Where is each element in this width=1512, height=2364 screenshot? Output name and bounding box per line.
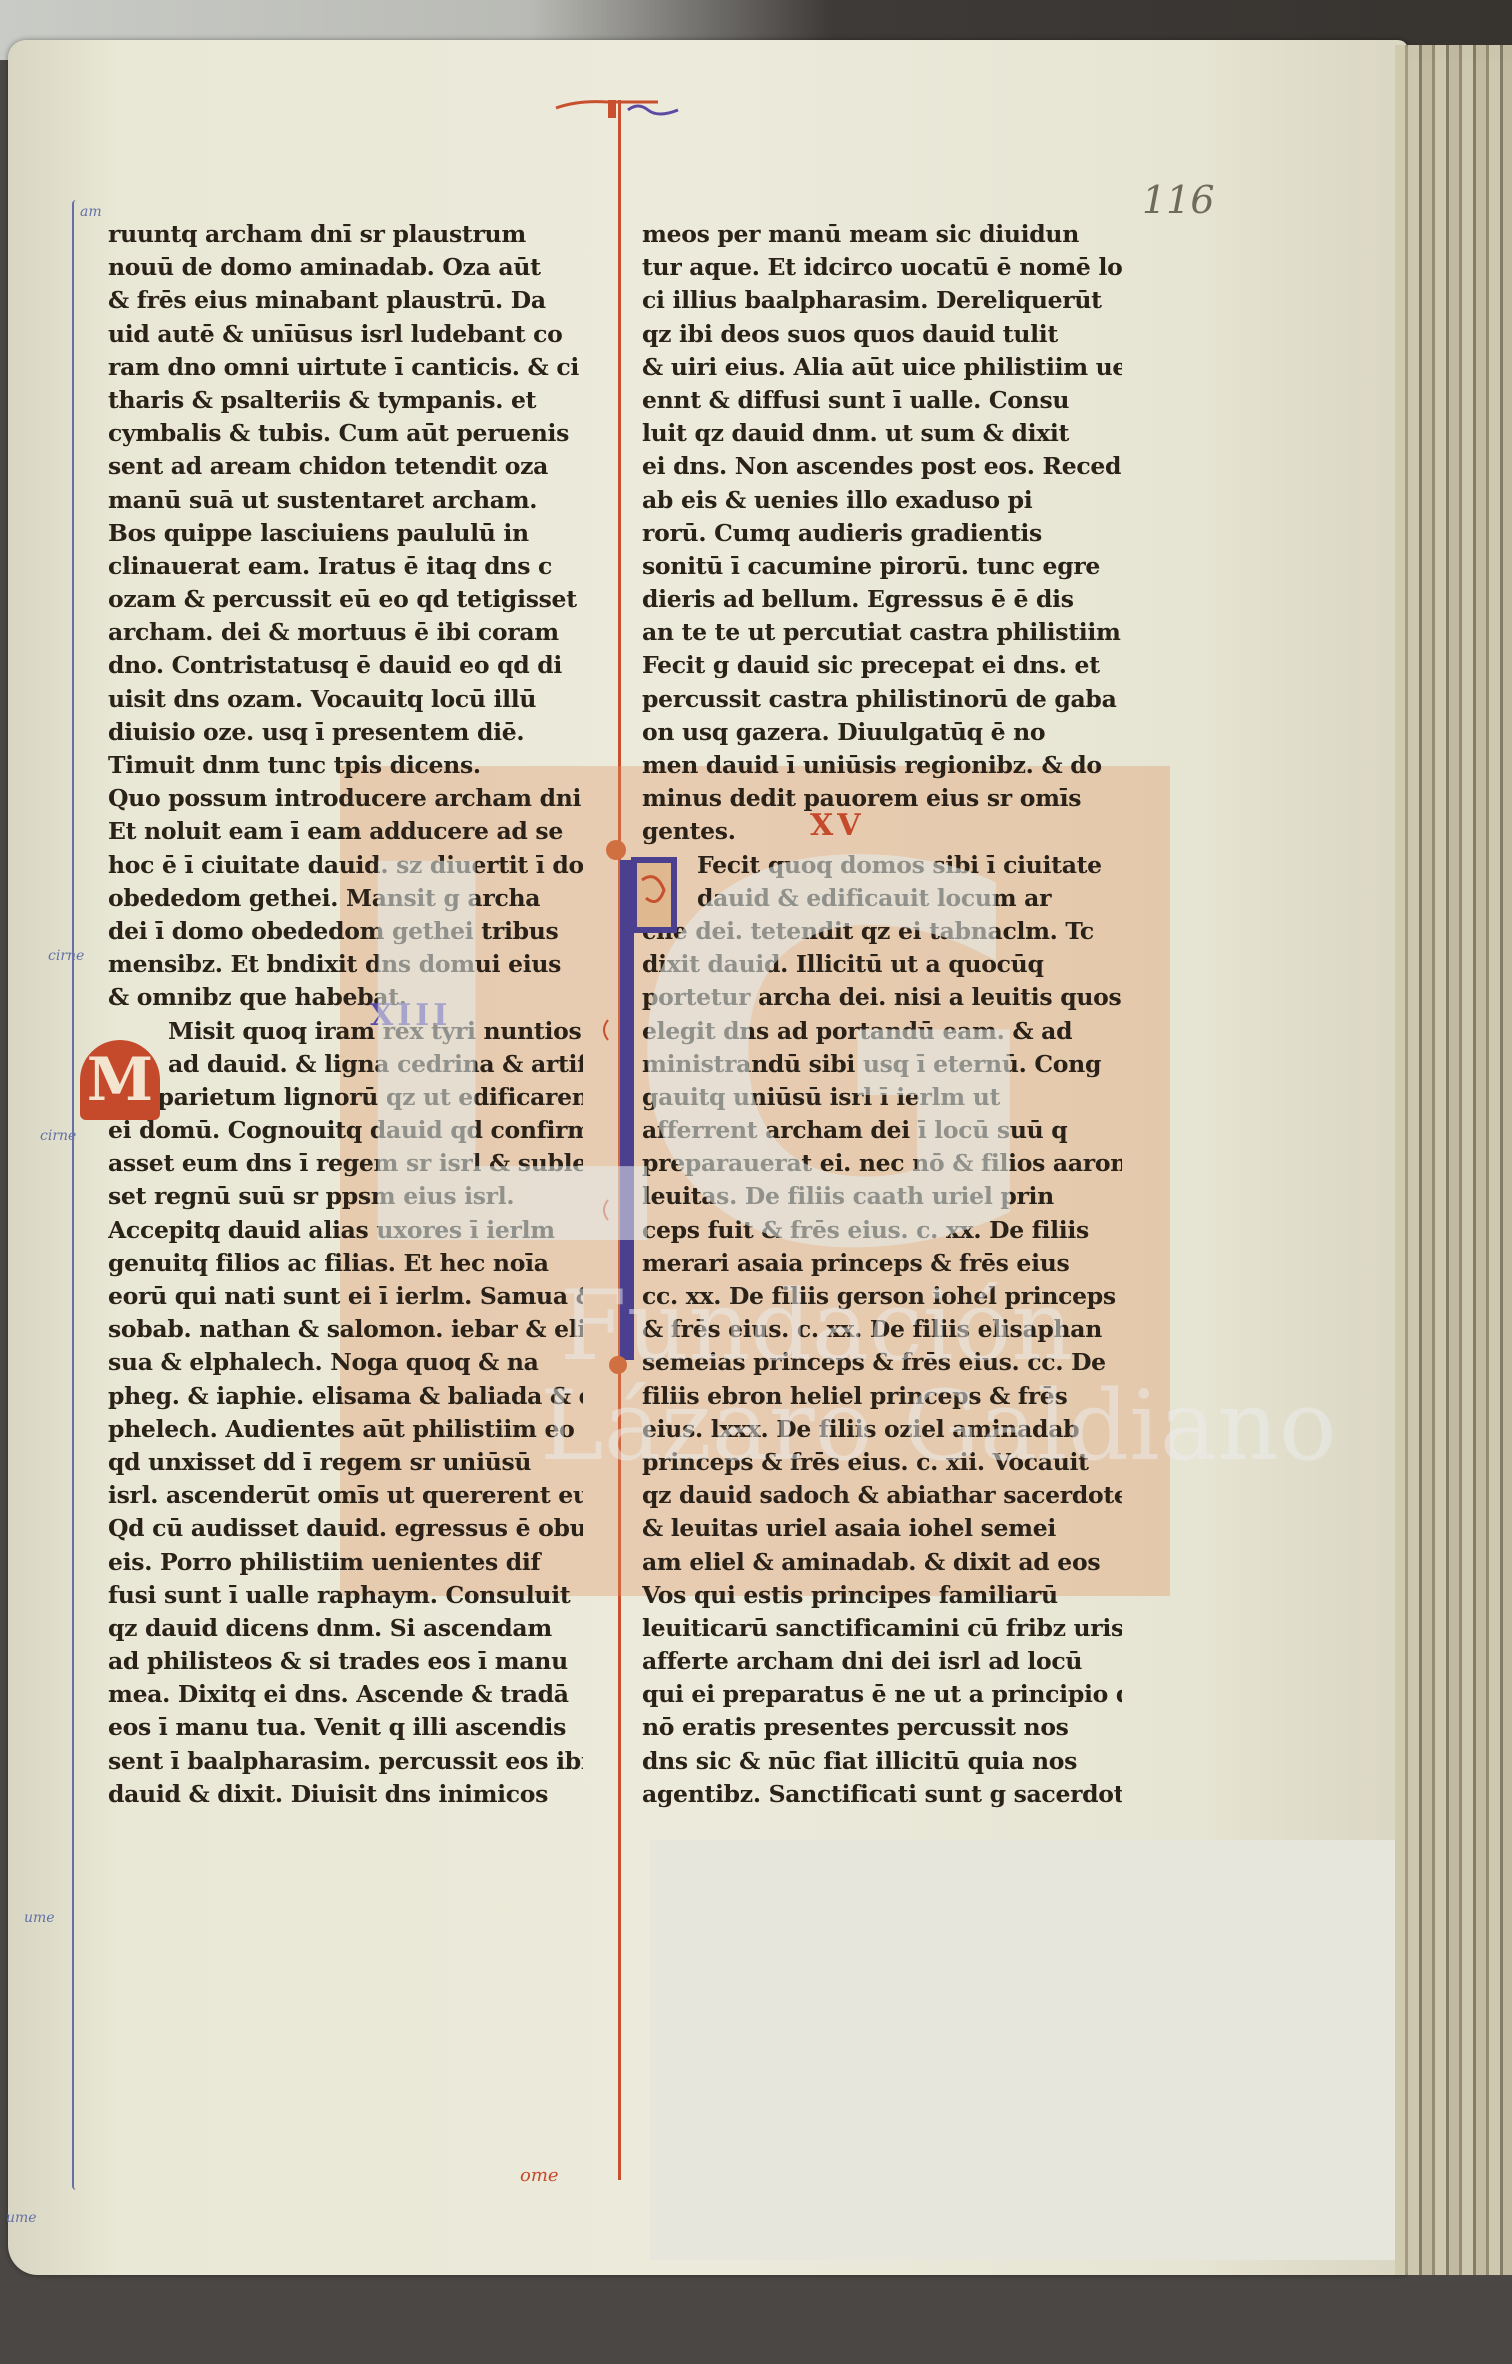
text-line: ozam & percussit eū eo qd tetigisset (108, 583, 583, 616)
text-line: phelech. Audientes aūt philistiim eo (108, 1413, 583, 1446)
text-line: eis. Porro philistiim uenientes dif (108, 1546, 583, 1579)
margin-note: ume (6, 2210, 37, 2226)
page-edges (1395, 45, 1512, 2275)
text-line: archam. dei & mortuus ē ibi coram (108, 616, 583, 649)
text-line: Fecit g dauid sic precepat ei dns. et (642, 649, 1122, 682)
text-line: rorū. Cumq audieris gradientis (642, 517, 1122, 550)
text-line: qz dauid sadoch & abiathar sacerdotes (642, 1479, 1122, 1512)
text-line: & frēs eius minabant plaustrū. Da (108, 284, 583, 317)
text-line: meos per manū meam sic diuidun (642, 218, 1122, 251)
text-line: sent ad aream chidon tetendit oza (108, 450, 583, 483)
text-line: ad philisteos & si trades eos ī manu (108, 1645, 583, 1678)
text-line: eos ī manu tua. Venit q illi ascendis (108, 1711, 583, 1744)
text-line: ennt & diffusi sunt ī ualle. Consu (642, 384, 1122, 417)
text-line: afferte archam dni dei isrl ad locū (642, 1645, 1122, 1678)
text-line: ram dno omni uirtute ī canticis. & ci (108, 351, 583, 384)
text-line: uid autē & unīūsus isrl ludebant co (108, 318, 583, 351)
text-line: agentibz. Sanctificati sunt g sacerdotes… (642, 1778, 1122, 1811)
text-line: clinauerat eam. Iratus ē itaq dns c (108, 550, 583, 583)
text-line: qui ei preparatus ē ne ut a principio q (642, 1678, 1122, 1711)
text-line: dieris ad bellum. Egressus ē ē dis (642, 583, 1122, 616)
text-line: isrl. ascenderūt omīs ut quererent eum. (108, 1479, 583, 1512)
text-line: dauid & dixit. Diuisit dns inimicos (108, 1778, 583, 1811)
margin-note: am (80, 204, 102, 220)
text-line: ei dns. Non ascendes post eos. Recede (642, 450, 1122, 483)
watermark-text-line2: Lázaro Galdiano (540, 1370, 1337, 1482)
folio-number: 116 (1142, 178, 1215, 222)
catchword: ome (520, 2165, 559, 2186)
running-head-ornament (548, 96, 708, 120)
text-line: diuisio oze. usq ī presentem diē. (108, 716, 583, 749)
watermark-text-line1: Fundación (560, 1270, 1073, 1382)
text-line: ab eis & uenies illo exaduso pi (642, 484, 1122, 517)
text-line: am eliel & aminadab. & dixit ad eos (642, 1546, 1122, 1579)
text-line: tur aque. Et idcirco uocatū ē nomē lo (642, 251, 1122, 284)
running-head (548, 96, 708, 120)
text-line: luit qz dauid dnm. ut sum & dixit (642, 417, 1122, 450)
left-marginal-line (72, 200, 80, 2190)
margin-note: ume (24, 1910, 55, 1926)
margin-note: cirne (48, 948, 84, 964)
text-line: nouū de domo aminadab. Oza aūt (108, 251, 583, 284)
text-line: uisit dns ozam. Vocauitq locū illū (108, 683, 583, 716)
text-line: Vos qui estis principes familiarū (642, 1579, 1122, 1612)
paper-repair-patch (650, 1840, 1395, 2260)
text-line: tharis & psalteriis & tympanis. et (108, 384, 583, 417)
text-line: cymbalis & tubis. Cum aūt peruenis (108, 417, 583, 450)
text-line: an te te ut percutiat castra philistiim (642, 616, 1122, 649)
decorated-initial-m: M (80, 1040, 160, 1120)
text-line: qd unxisset dd ī regem sr uniūsū (108, 1446, 583, 1479)
text-line: qz dauid dicens dnm. Si ascendam (108, 1612, 583, 1645)
text-line: on usq gazera. Diuulgatūq ē no (642, 716, 1122, 749)
text-line: dns sic & nūc fiat illicitū quia nos (642, 1745, 1122, 1778)
text-line: mea. Dixitq ei dns. Ascende & tradā (108, 1678, 583, 1711)
text-line: fusi sunt ī ualle raphaym. Consuluit (108, 1579, 583, 1612)
margin-note: cirne (40, 1128, 76, 1144)
text-line: & leuitas uriel asaia iohel semei (642, 1512, 1122, 1545)
watermark-monogram: LG (330, 800, 1008, 1320)
text-line: qz ibi deos suos quos dauid tulit (642, 318, 1122, 351)
text-line: Bos quippe lasciuiens paululū in (108, 517, 583, 550)
text-line: sent ī baalpharasim. percussit eos ibi (108, 1745, 583, 1778)
text-line: & uiri eius. Alia aūt uice philistiim ue… (642, 351, 1122, 384)
text-line: ruuntq archam dnī sr plaustrum (108, 218, 583, 251)
text-line: dno. Contristatusq ē dauid eo qd di (108, 649, 583, 682)
text-line: ci illius baalpharasim. Dereliquerūt (642, 284, 1122, 317)
text-line: sonitū ī cacumine pirorū. tunc egre (642, 550, 1122, 583)
text-line: manū suā ut sustentaret archam. (108, 484, 583, 517)
text-line: Qd cū audisset dauid. egressus ē obuiā (108, 1512, 583, 1545)
text-line: leuiticarū sanctificamini cū fribz uris.… (642, 1612, 1122, 1645)
text-line: nō eratis presentes percussit nos (642, 1711, 1122, 1744)
text-line: pheg. & iaphie. elisama & baliada & eli (108, 1380, 583, 1413)
text-line: percussit castra philistinorū de gaba (642, 683, 1122, 716)
